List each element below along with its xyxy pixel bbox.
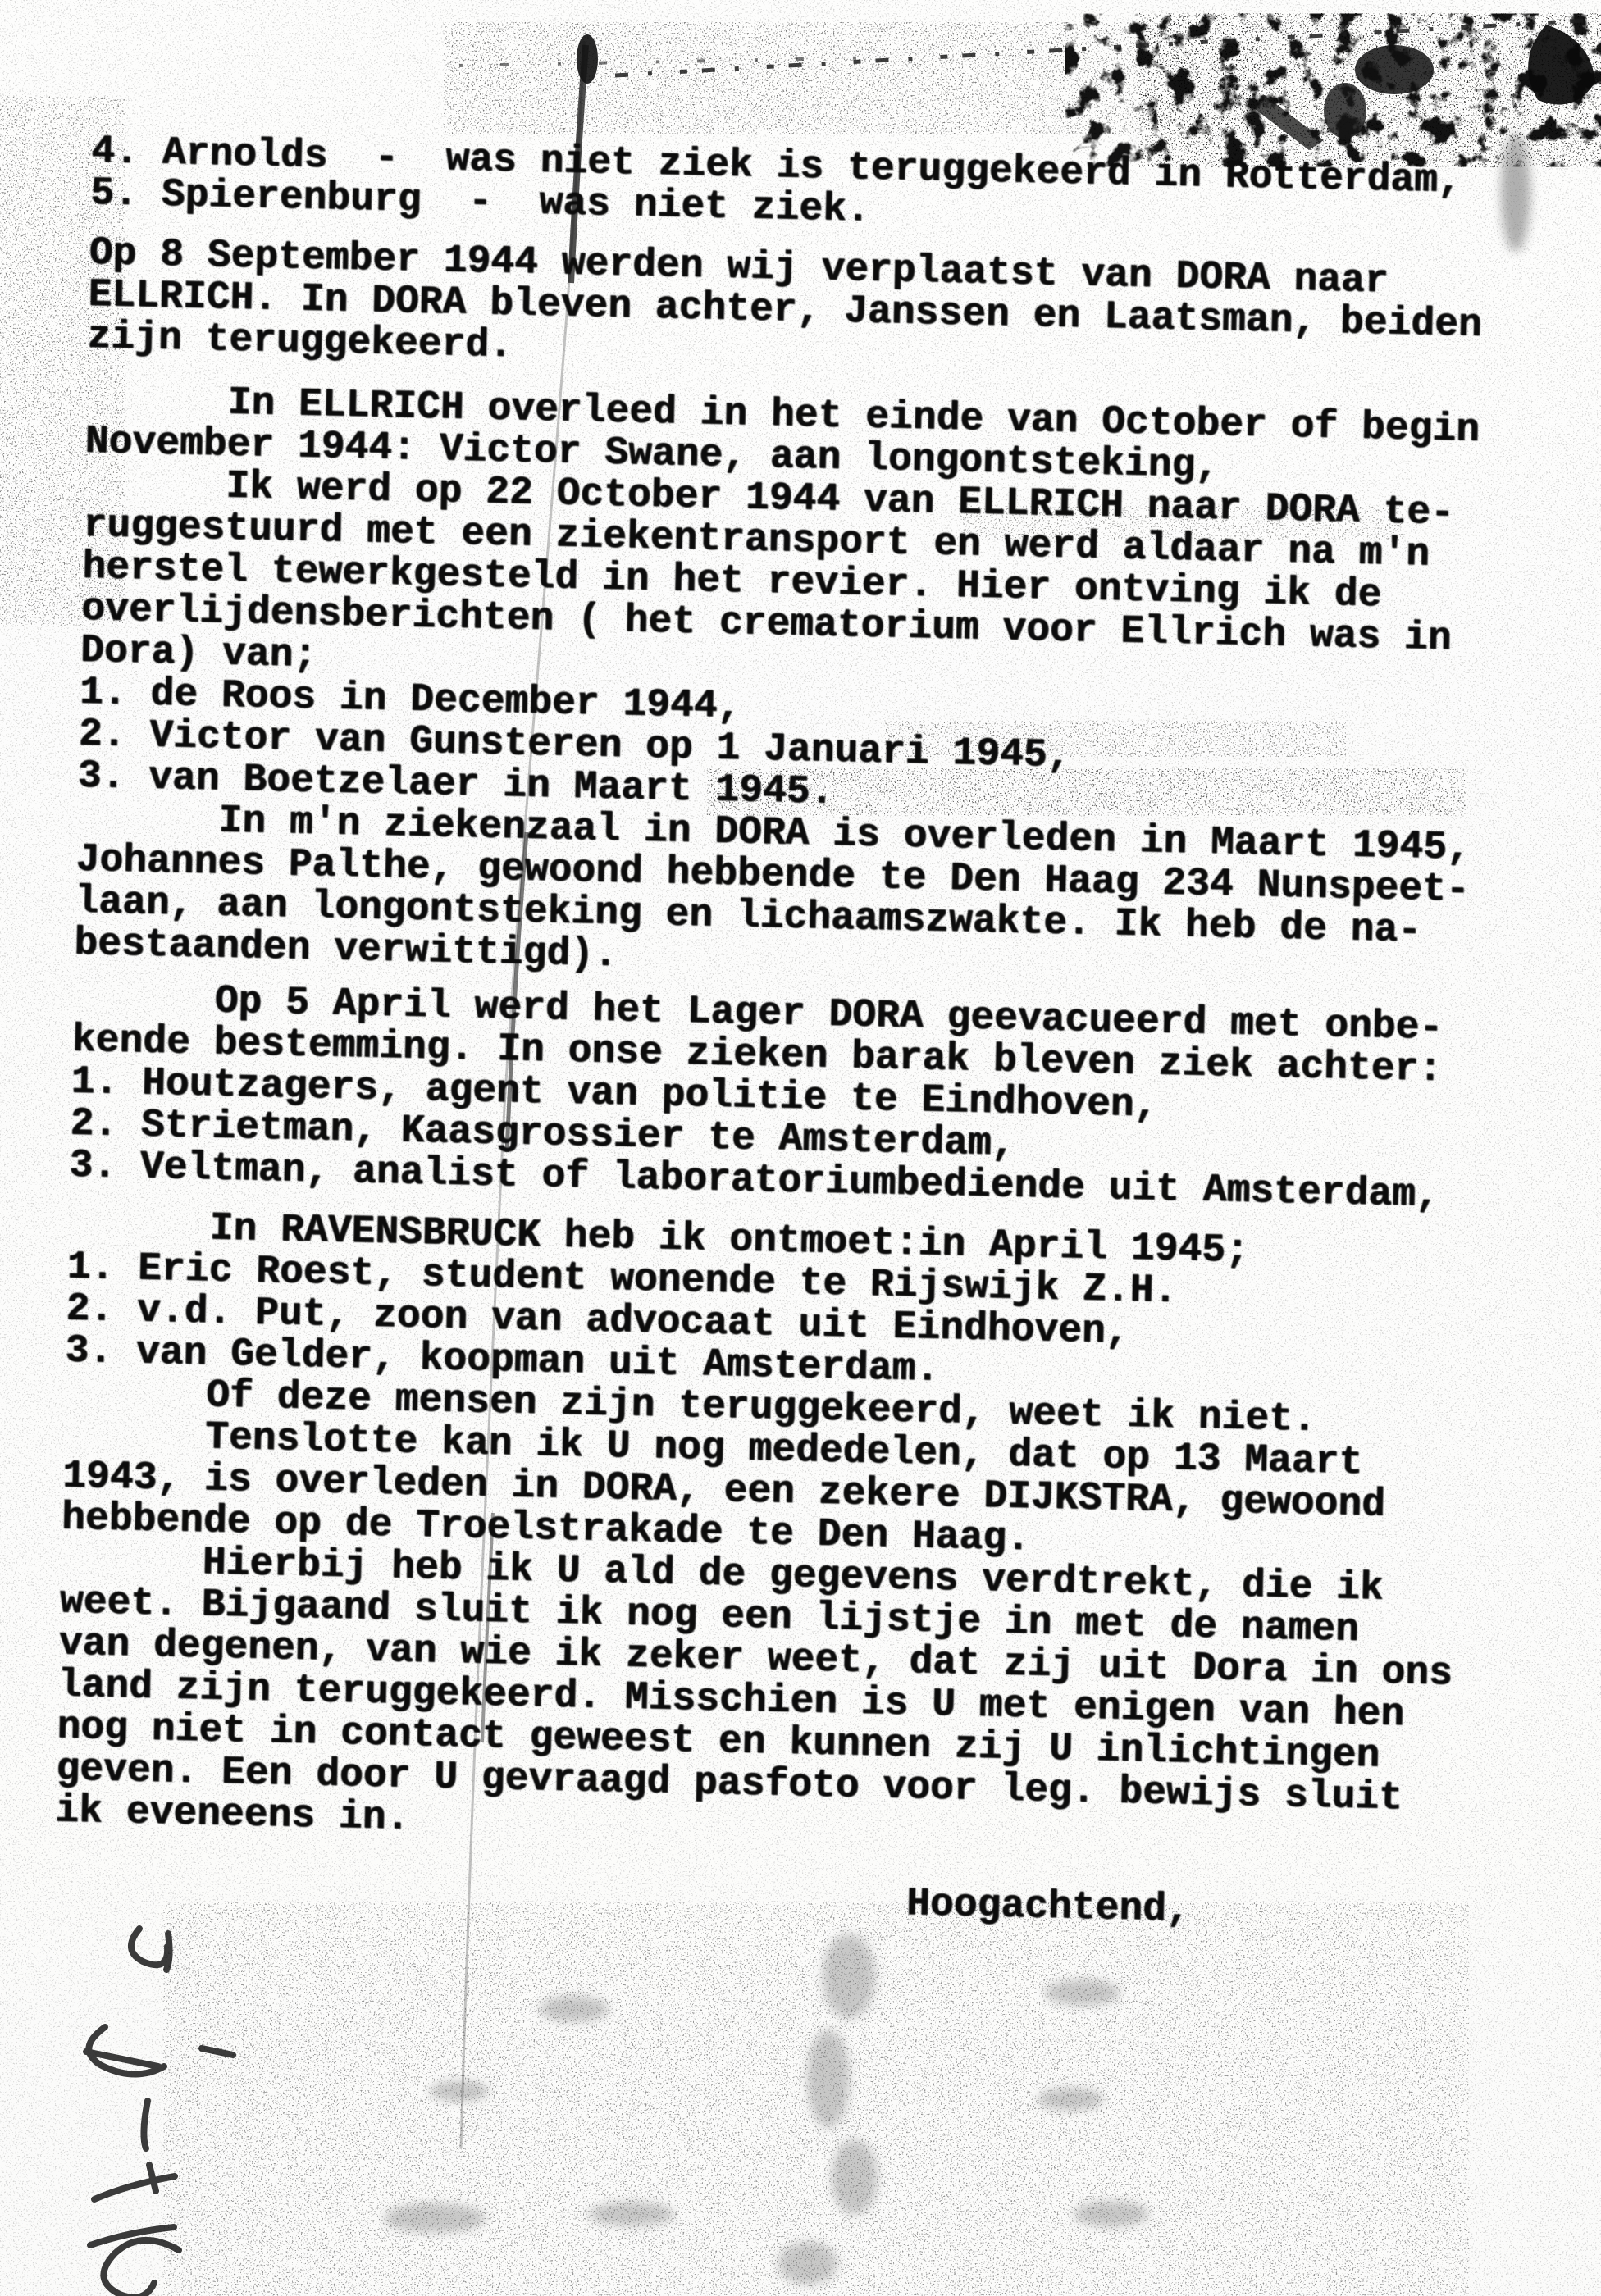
scan-edge-line <box>459 20 1599 75</box>
ghost-bleedthrough <box>189 1911 1444 2288</box>
scanned-letter-page: 4. Arnolds - was niet ziek is teruggekee… <box>0 0 1601 2296</box>
letter-paragraphs: 4. Arnolds - was niet ziek is teruggekee… <box>55 131 1576 1865</box>
letter-paragraph: 4. Arnolds - was niet ziek is teruggekee… <box>90 131 1576 247</box>
letter-paragraph: Op 8 September 1944 werden wij verplaats… <box>87 233 1574 390</box>
letter-paragraph: In RAVENSBRUCK heb ik ontmoet:in April 1… <box>55 1205 1553 1865</box>
pencil-marks <box>86 1929 233 2296</box>
letter-body: 4. Arnolds - was niet ziek is teruggekee… <box>53 131 1576 1939</box>
letter-paragraph: Op 5 April werd het Lager DORA geevacuee… <box>69 978 1558 1219</box>
letter-closing: Hoogachtend, <box>906 1884 1539 1939</box>
letter-paragraph: In ELLRICH overleed in het einde van Oct… <box>74 380 1571 997</box>
